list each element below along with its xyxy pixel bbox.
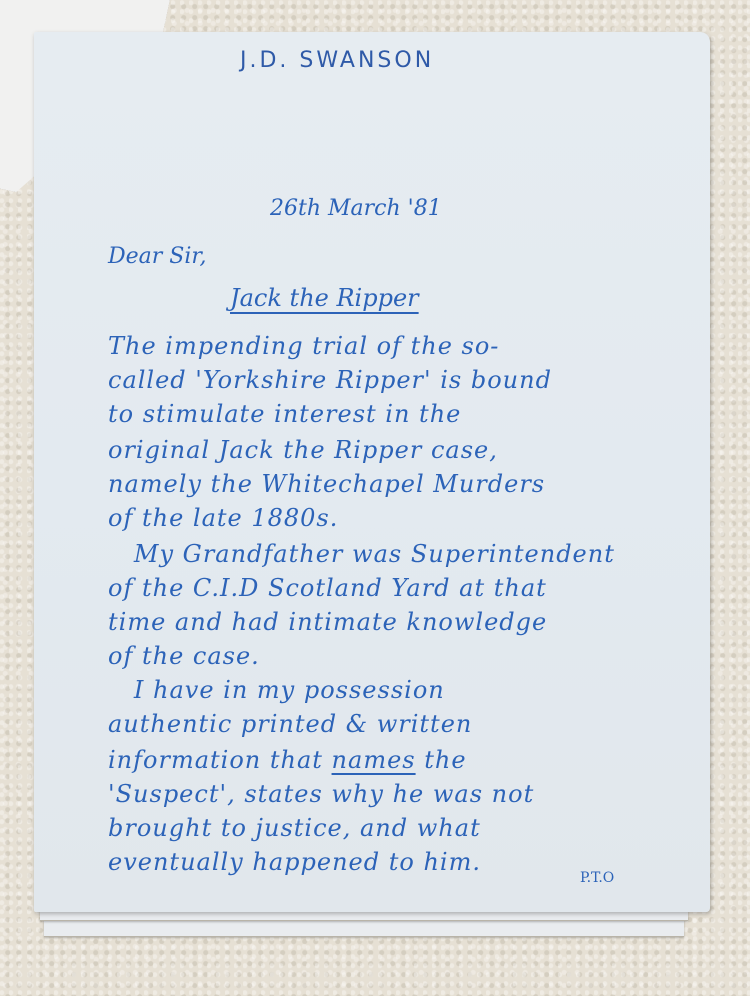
body-line: I have in my possession	[108, 676, 445, 704]
body-line: My Grandfather was Superintendent	[108, 540, 615, 568]
body-line: of the late 1880s.	[108, 504, 338, 532]
body-line: brought to justice, and what	[108, 814, 481, 842]
body-line: time and had intimate knowledge	[108, 608, 547, 636]
letterhead: J.D. SWANSON	[240, 48, 434, 73]
body-line: called 'Yorkshire Ripper' is bound	[108, 366, 552, 394]
pto-note: P.T.O	[580, 870, 614, 886]
body-line: namely the Whitechapel Murders	[108, 470, 545, 498]
body-line: eventually happened to him.	[108, 848, 481, 876]
body-line: of the C.I.D Scotland Yard at that	[108, 574, 547, 602]
letter-date: 26th March '81	[270, 196, 442, 221]
body-line-part: information that	[108, 746, 332, 774]
letter-subject: Jack the Ripper	[230, 284, 419, 312]
underlined-word: names	[332, 746, 416, 774]
body-line: of the case.	[108, 642, 260, 670]
body-line: authentic printed & written	[108, 710, 472, 738]
body-line: original Jack the Ripper case,	[108, 436, 498, 464]
salutation: Dear Sir,	[108, 244, 206, 269]
body-line: The impending trial of the so-	[108, 332, 499, 360]
body-line: 'Suspect', states why he was not	[108, 780, 534, 808]
body-line: to stimulate interest in the	[108, 400, 461, 428]
body-line-with-underline: information that names the	[108, 746, 467, 774]
body-line-part: the	[416, 746, 467, 774]
